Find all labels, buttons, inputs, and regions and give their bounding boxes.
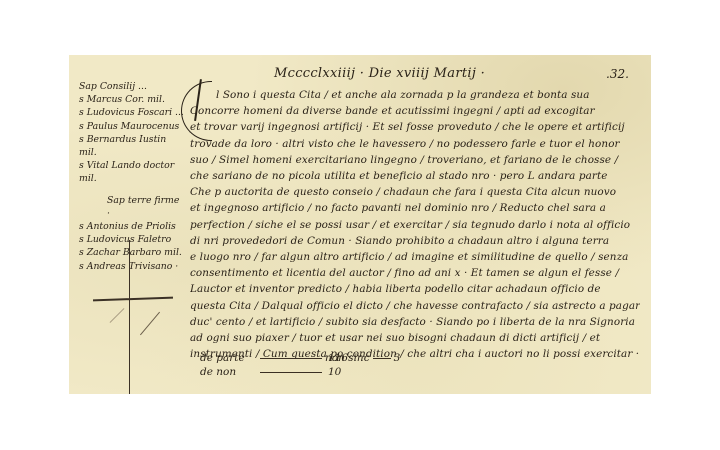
margin-name: s Bernardus Iustin mil. (79, 133, 184, 159)
non-sinceri-label: non sinc (325, 352, 370, 364)
text-line: duc' cento / et lartificio / subito sia … (190, 314, 640, 330)
cross-mark-horizontal (93, 297, 173, 302)
pen-scratch-mark-faint (110, 308, 125, 323)
text-line: trovade da loro · altri visto che le hav… (190, 136, 640, 152)
text-line: Concorre homeni da diverse bande et acut… (190, 103, 640, 119)
margin-gap (79, 186, 184, 194)
cross-mark-vertical (129, 240, 130, 394)
vote-row-yes: de parte116 non sinc3 (200, 351, 348, 365)
text-line: et ingegnoso artificio / no facto pavant… (190, 200, 640, 216)
decree-text: l Sono i questa Cita / et anche ala zorn… (190, 87, 640, 362)
vote-count: 10 (328, 365, 348, 379)
text-line: et trovar varij ingegnosi artificij · Et… (190, 119, 640, 135)
tally-rule (373, 358, 391, 359)
text-line: ad ogni suo piaxer / tuor et usar nei su… (190, 330, 640, 346)
vote-row-no: de non10 (200, 365, 348, 379)
tally-rule (260, 358, 322, 359)
text-line: suo / Simel homeni exercitariano lingegn… (190, 152, 640, 168)
text-line: questa Cita / Dalqual officio el dicto /… (190, 298, 640, 314)
margin-heading-terre-firme: Sap terre firme · (79, 194, 184, 220)
margin-heading-consilij: Sap Consilij ... (79, 80, 184, 93)
margin-name: s Marcus Cor. mil. (79, 93, 184, 106)
margin-name: s Vital Lando doctor mil. (79, 159, 184, 185)
vote-label: de non (200, 365, 260, 379)
margin-notes: Sap Consilij ... s Marcus Cor. mil. s Lu… (79, 80, 184, 273)
margin-name: s Antonius de Priolis (79, 220, 184, 233)
text-line: perfection / siche el se possi usar / et… (190, 217, 640, 233)
text-line: l Sono i questa Cita / et anche ala zorn… (190, 87, 640, 103)
margin-name: s Andreas Trivisano · (79, 260, 184, 273)
margin-name: s Paulus Maurocenus (79, 120, 184, 133)
non-sinceri-count: 3 (394, 352, 401, 364)
vote-label: de parte (200, 351, 260, 365)
vote-tally: de parte116 non sinc3 de non10 (200, 351, 348, 379)
margin-name: s Ludovicus Faletro (79, 233, 184, 246)
margin-name: s Ludovicus Foscari ... (79, 106, 184, 119)
text-line: e luogo nro / far algun altro artificio … (190, 249, 640, 265)
text-line: Lauctor et inventor predicto / habia lib… (190, 281, 640, 297)
manuscript-parchment: Mcccclxxiiij · Die xviiij Martij · .32. … (69, 55, 651, 394)
non-sinceri: non sinc3 (325, 351, 400, 365)
text-line: di nri provededori de Comun · Siando pro… (190, 233, 640, 249)
pen-scratch-mark (140, 312, 160, 336)
text-line: Che p auctorita de questo conseio / chad… (190, 184, 640, 200)
date-heading: Mcccclxxiiij · Die xviiij Martij · (274, 66, 485, 81)
text-line: consentimento et licentia del auctor / f… (190, 265, 640, 281)
folio-number: .32. (606, 67, 629, 81)
margin-name: s Zachar Barbaro mil. (79, 246, 184, 259)
tally-rule (260, 372, 322, 373)
text-line: che sariano de no picola utilita et bene… (190, 168, 640, 184)
